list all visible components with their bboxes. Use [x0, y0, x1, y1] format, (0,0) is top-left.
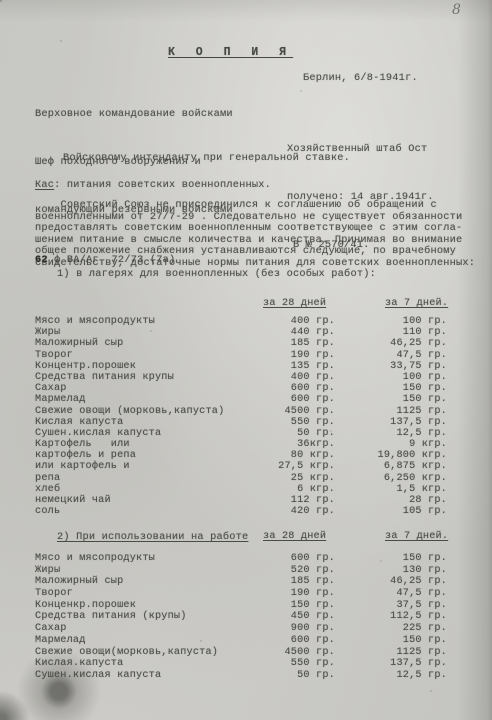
table-row: Сахар900 гр.225 гр. — [0, 623, 492, 635]
handwritten-page-number: 8 — [452, 2, 461, 18]
table-row: картофель и репа80 кгр.19,800 кгр. — [0, 450, 492, 461]
body-line: Советский Союз не присоединился к соглаш… — [35, 200, 475, 212]
ration-table-work: Мясо и мясопродукты600 гр.150 гр.Жиры520… — [0, 553, 492, 682]
row-value-28-days: 36кгр. — [238, 439, 335, 450]
row-value-7-days: 105 гр. — [350, 506, 447, 517]
table-row: Картофель или36кгр.9 кгр. — [0, 439, 492, 450]
ration-table-camps: Мясо и мясопродукты400 гр.100 гр.Жиры440… — [0, 316, 492, 517]
subject-line: Кас: питания советских военнопленных. — [35, 179, 271, 191]
row-item-label: картофель и репа — [35, 450, 136, 461]
row-item-label: соль — [35, 506, 60, 517]
table-row: Маложирный сыр185 гр.46,25 гр. — [0, 338, 492, 349]
table-row: Свежие овощи (морковь,капуста)4500 гр.11… — [0, 406, 492, 417]
row-value-7-days: 225 гр. — [350, 623, 447, 634]
section2-col2-header: за 7 дней. — [385, 531, 448, 542]
table-row: Средства питания крупы400 гр.100 гр. — [0, 372, 492, 383]
body-paragraph: Советский Союз не присоединился к соглаш… — [35, 200, 475, 270]
row-value-28-days: 50 гр. — [238, 428, 335, 439]
row-value-7-days: 130 гр. — [350, 565, 447, 576]
row-value-28-days: 450 гр. — [238, 611, 335, 622]
row-value-28-days: 190 гр. — [238, 588, 335, 599]
row-value-28-days: 900 гр. — [238, 623, 335, 634]
row-item-label: Средства питания (крупы) — [35, 611, 187, 622]
row-value-28-days: 185 гр. — [238, 338, 335, 349]
section1-col1-header: за 28 дней — [263, 298, 326, 309]
row-value-7-days: 100 гр. — [350, 316, 447, 327]
table-row: Средства питания (крупы)450 гр.112,5 гр. — [0, 611, 492, 623]
row-item-label: Мармелад — [35, 635, 86, 646]
row-value-28-days: 520 гр. — [238, 565, 335, 576]
row-value-7-days: 100 гр. — [350, 372, 447, 383]
row-value-7-days: 6,250 кгр. — [350, 473, 447, 484]
row-value-28-days: 80 кгр. — [238, 450, 335, 461]
table-row: Творог190 гр.47,5 гр. — [0, 588, 492, 600]
row-value-7-days: 110 гр. — [350, 327, 447, 338]
table-row: Мармелад600 гр.150 гр. — [0, 635, 492, 647]
row-item-label: Маложирный сыр — [35, 338, 123, 349]
row-value-28-days: 4500 гр. — [238, 647, 335, 658]
row-value-28-days: 400 гр. — [238, 372, 335, 383]
section1-heading: 1) в лагерях для военнопленных (без особ… — [57, 268, 376, 280]
document-title: К О П И Я — [168, 46, 293, 59]
row-value-28-days: 420 гр. — [238, 506, 335, 517]
table-row: соль420 гр.105 гр. — [0, 506, 492, 517]
row-item-label: Творог — [35, 350, 73, 361]
row-value-28-days: 550 гр. — [238, 417, 335, 428]
row-item-label: Мясо и мясопродукты — [35, 553, 155, 564]
row-item-label: Мясо и мясопродукты — [35, 316, 155, 327]
row-value-28-days: 112 гр. — [238, 495, 335, 506]
table-row: Концентр.порошек135 гр.33,75 гр. — [0, 361, 492, 372]
row-value-7-days: 37,5 гр. — [350, 600, 447, 611]
row-value-28-days: 440 гр. — [238, 327, 335, 338]
row-value-7-days: 150 гр. — [350, 635, 447, 646]
table-row: Сушен.кислая капуста50 гр.12,5 гр. — [0, 428, 492, 439]
row-item-label: Сахар — [35, 383, 67, 394]
row-item-label: Жиры — [35, 327, 60, 338]
subject-label: Кас — [35, 179, 54, 191]
section1-col2-header: за 7 дней. — [385, 298, 448, 309]
row-item-label: Концентр.порошек — [35, 361, 136, 372]
row-value-28-days: 6 кгр. — [238, 484, 335, 495]
row-item-label: Свежие овощи(морковь,капуста) — [35, 647, 218, 658]
row-value-28-days: 25 кгр. — [238, 473, 335, 484]
subject-text: : питания советских военнопленных. — [54, 179, 271, 191]
row-value-7-days: 112,5 гр. — [350, 611, 447, 622]
row-value-7-days: 150 гр. — [350, 383, 447, 394]
table-row: или картофель и27,5 кгр.6,875 кгр. — [0, 461, 492, 472]
row-value-7-days: 137,5 гр. — [350, 658, 447, 669]
row-value-7-days: 150 гр. — [350, 553, 447, 564]
row-value-7-days: 137,5 гр. — [350, 417, 447, 428]
row-value-28-days: 150 гр. — [238, 600, 335, 611]
row-value-7-days: 47,5 гр. — [350, 350, 447, 361]
row-value-28-days: 550 гр. — [238, 658, 335, 669]
row-value-28-days: 600 гр. — [238, 394, 335, 405]
row-value-28-days: 27,5 кгр. — [238, 461, 335, 472]
row-value-7-days: 9 кгр. — [350, 439, 447, 450]
row-value-7-days: 6,875 кгр. — [350, 461, 447, 472]
row-item-label: Сахар — [35, 623, 67, 634]
row-item-label: Свежие овощи (морковь,капуста) — [35, 406, 224, 417]
table-row: Сушен.кислая капуста50 гр.12,5 гр. — [0, 670, 492, 682]
row-item-label: Кислая капуста — [35, 417, 123, 428]
row-value-28-days: 190 гр. — [238, 350, 335, 361]
row-value-28-days: 400 гр. — [238, 316, 335, 327]
row-item-label: хлеб — [35, 484, 60, 495]
table-row: Жиры440 гр.110 гр. — [0, 327, 492, 338]
table-row: хлеб6 кгр.1,5 кгр. — [0, 484, 492, 495]
table-row: Творог190 гр.47,5 гр. — [0, 350, 492, 361]
row-value-28-days: 600 гр. — [238, 635, 335, 646]
row-item-label: или картофель и — [35, 461, 130, 472]
row-value-7-days: 150 гр. — [350, 394, 447, 405]
table-row: Жиры520 гр.130 гр. — [0, 565, 492, 577]
row-item-label: Средства питания крупы — [35, 372, 174, 383]
row-value-28-days: 600 гр. — [238, 553, 335, 564]
addressee-line: Войсковому интенданту при генеральной ст… — [63, 152, 350, 164]
table-row: Сахар600 гр.150 гр. — [0, 383, 492, 394]
section2-col1-header: за 28 дней — [263, 531, 326, 542]
row-item-label: Мармелад — [35, 394, 86, 405]
row-value-7-days: 1125 гр. — [350, 406, 447, 417]
table-row: Свежие овощи(морковь,капуста)4500 гр.112… — [0, 647, 492, 659]
row-value-7-days: 1125 гр. — [350, 647, 447, 658]
row-value-7-days: 12,5 гр. — [350, 428, 447, 439]
scanned-document-page: 8 К О П И Я Верховное командование войск… — [0, 0, 492, 720]
table-row: Маложирный сыр185 гр.46,25 гр. — [0, 576, 492, 588]
row-item-label: репа — [35, 473, 60, 484]
row-value-7-days: 46,25 гр. — [350, 338, 447, 349]
row-value-7-days: 47,5 гр. — [350, 588, 447, 599]
row-item-label: Творог — [35, 588, 73, 599]
row-item-label: Сушен.кислая капуста — [35, 428, 161, 439]
sender-line-1: Верховное командование войсками — [35, 108, 233, 120]
row-value-28-days: 185 гр. — [238, 576, 335, 587]
row-item-label: Картофель или — [35, 439, 130, 450]
row-value-28-days: 50 гр. — [238, 670, 335, 681]
row-value-28-days: 4500 гр. — [238, 406, 335, 417]
date-line: Берлин, 6/8-1941г. — [303, 72, 418, 84]
row-item-label: Маложирный сыр — [35, 576, 123, 587]
row-value-28-days: 600 гр. — [238, 383, 335, 394]
row-item-label: Жиры — [35, 565, 60, 576]
row-value-7-days: 12,5 гр. — [350, 670, 447, 681]
row-value-7-days: 33,75 гр. — [350, 361, 447, 372]
row-item-label: Конценкр.порошек — [35, 600, 136, 611]
row-item-label: Кислая.капуста — [35, 658, 123, 669]
table-row: Конценкр.порошек150 гр.37,5 гр. — [0, 600, 492, 612]
row-item-label: немецкий чай — [35, 495, 111, 506]
row-value-7-days: 19,800 кгр. — [350, 450, 447, 461]
table-row: Кислая капуста550 гр.137,5 гр. — [0, 417, 492, 428]
table-row: Мясо и мясопродукты400 гр.100 гр. — [0, 316, 492, 327]
row-value-28-days: 135 гр. — [238, 361, 335, 372]
table-row: Мармелад600 гр.150 гр. — [0, 394, 492, 405]
row-item-label: Сушен.кислая капуста — [35, 670, 161, 681]
row-value-7-days: 46,25 гр. — [350, 576, 447, 587]
row-value-7-days: 28 гр. — [350, 495, 447, 506]
table-row: немецкий чай112 гр.28 гр. — [0, 495, 492, 506]
section2-heading: 2) При использовании на работе — [57, 531, 248, 543]
paper-speckles — [0, 0, 2, 2]
table-row: репа25 кгр.6,250 кгр. — [0, 473, 492, 484]
table-row: Мясо и мясопродукты600 гр.150 гр. — [0, 553, 492, 565]
row-value-7-days: 1,5 кгр. — [350, 484, 447, 495]
table-row: Кислая.капуста550 гр.137,5 гр. — [0, 658, 492, 670]
